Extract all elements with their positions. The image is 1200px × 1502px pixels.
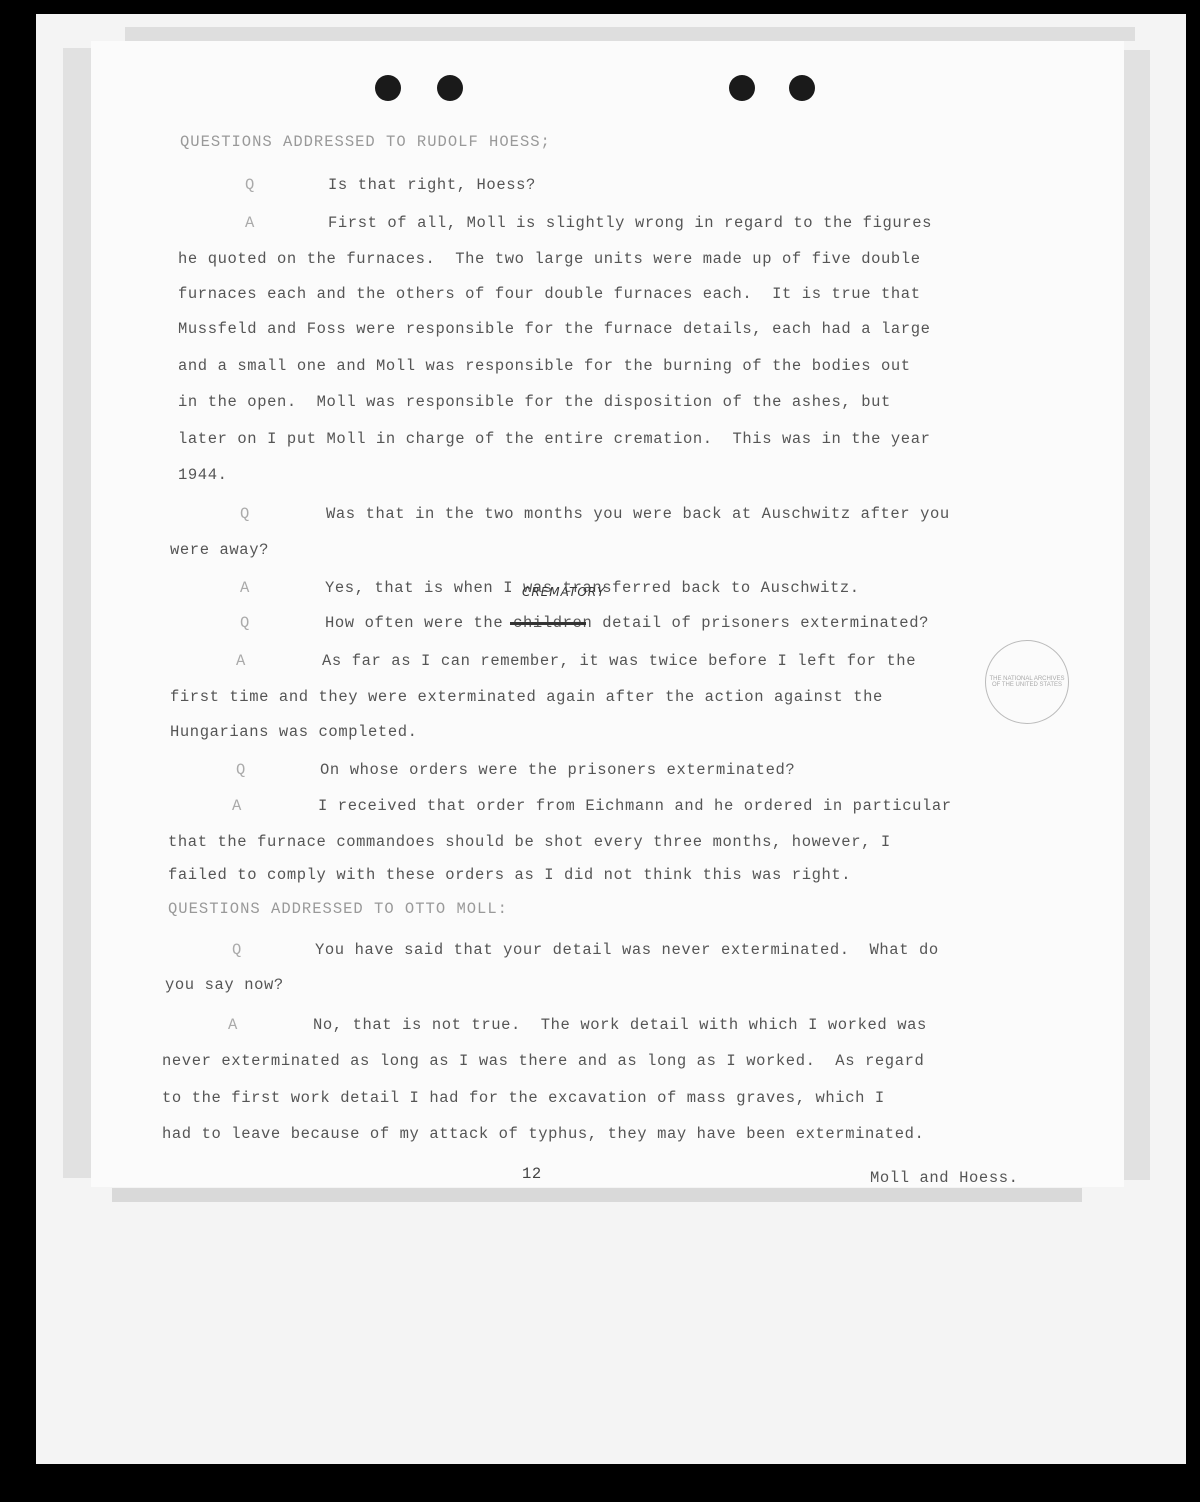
question-label: Q xyxy=(236,761,246,779)
answer-label: A xyxy=(228,1016,238,1034)
stamp-text: THE NATIONAL ARCHIVES OF THE UNITED STAT… xyxy=(986,676,1068,688)
answer-line: I received that order from Eichmann and … xyxy=(318,797,952,815)
question-line: you say now? xyxy=(165,976,284,994)
answer-line: later on I put Moll in charge of the ent… xyxy=(178,430,931,448)
footer-names: Moll and Hoess. xyxy=(870,1169,1019,1187)
answer-line: first time and they were exterminated ag… xyxy=(170,688,883,706)
strikethrough-mark xyxy=(510,622,586,625)
answer-line: 1944. xyxy=(178,466,228,484)
answer-label: A xyxy=(236,652,246,670)
answer-line: Mussfeld and Foss were responsible for t… xyxy=(178,320,931,338)
answer-line: never exterminated as long as I was ther… xyxy=(162,1052,924,1070)
answer-line: As far as I can remember, it was twice b… xyxy=(322,652,916,670)
answer-label: A xyxy=(240,579,250,597)
answer-line: failed to comply with these orders as I … xyxy=(168,866,851,884)
answer-line: he quoted on the furnaces. The two large… xyxy=(178,250,921,268)
question-label: Q xyxy=(240,614,250,632)
handwritten-annotation: CREMATORY xyxy=(522,585,605,599)
archives-stamp-icon: THE NATIONAL ARCHIVES OF THE UNITED STAT… xyxy=(985,640,1069,724)
answer-line: to the first work detail I had for the e… xyxy=(162,1089,885,1107)
answer-label: A xyxy=(232,797,242,815)
document-body: QUESTIONS ADDRESSED TO RUDOLF HOESS; Q I… xyxy=(0,0,1200,1502)
question-label: Q xyxy=(245,176,255,194)
question-line: were away? xyxy=(170,541,269,559)
question-line: How often were the children detail of pr… xyxy=(325,614,929,632)
answer-line: had to leave because of my attack of typ… xyxy=(162,1125,924,1143)
section-heading-moll: QUESTIONS ADDRESSED TO OTTO MOLL: xyxy=(168,900,508,918)
question-label: Q xyxy=(240,505,250,523)
page-number: 12 xyxy=(522,1165,542,1183)
answer-line: that the furnace commandoes should be sh… xyxy=(168,833,891,851)
answer-line: furnaces each and the others of four dou… xyxy=(178,285,921,303)
question-line: Was that in the two months you were back… xyxy=(326,505,950,523)
answer-line: No, that is not true. The work detail wi… xyxy=(313,1016,927,1034)
question-label: Q xyxy=(232,941,242,959)
answer-line: Hungarians was completed. xyxy=(170,723,418,741)
question-line: On whose orders were the prisoners exter… xyxy=(320,761,795,779)
question-line: Is that right, Hoess? xyxy=(328,176,536,194)
answer-line: and a small one and Moll was responsible… xyxy=(178,357,911,375)
answer-line: First of all, Moll is slightly wrong in … xyxy=(328,214,932,232)
answer-line: in the open. Moll was responsible for th… xyxy=(178,393,891,411)
section-heading-hoess: QUESTIONS ADDRESSED TO RUDOLF HOESS; xyxy=(180,133,551,151)
answer-label: A xyxy=(245,214,255,232)
question-line: You have said that your detail was never… xyxy=(315,941,939,959)
